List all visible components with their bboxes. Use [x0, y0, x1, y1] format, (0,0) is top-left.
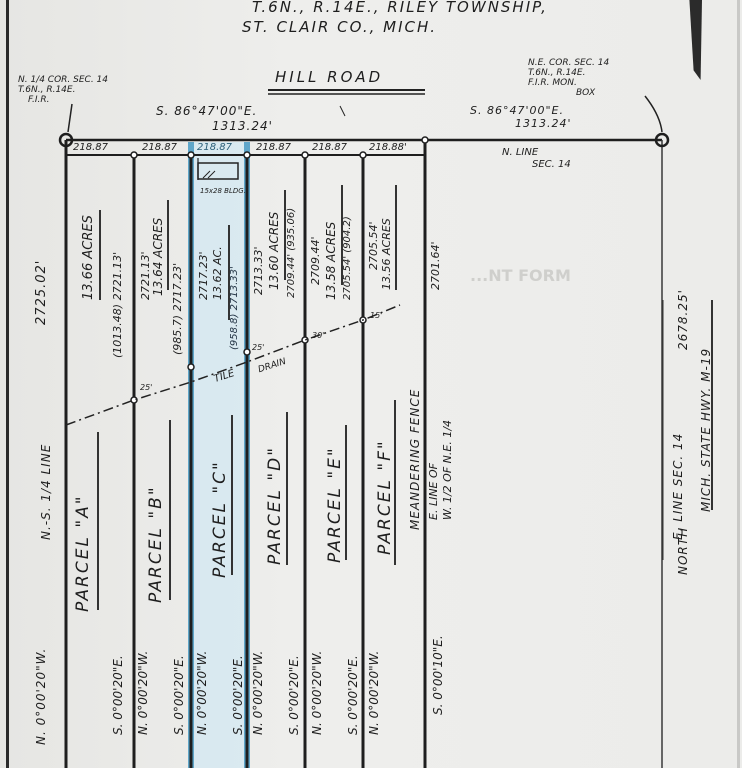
parcel-d-east-length: 2709.44' (935.06)	[287, 208, 297, 298]
frontage-b: 218.87	[142, 143, 177, 153]
north-line-bearing-right: S. 86°47'00"E.	[470, 105, 564, 116]
ne-corner-line-3: F.I.R. MON.	[528, 78, 609, 88]
parcel-d-west-bearing: N. 0°00'20"W.	[252, 651, 264, 735]
parcel-c-acres: 13.62 AC.	[212, 246, 223, 300]
building-label: 15x28 BLDG.	[200, 188, 246, 195]
left-boundary-length: 2725.02'	[35, 260, 48, 325]
parcel-a-east-length: (1013.48) 2721.13'	[112, 252, 123, 358]
nw-corner-line-3: F.I.R.	[18, 95, 108, 105]
state-highway-label: MICH. STATE HWY. M-19	[700, 348, 712, 512]
frontage-e: 218.87	[312, 143, 347, 153]
drain-offset-1: 25'	[140, 384, 152, 392]
north-line-label-sec: SEC. 14	[532, 160, 571, 170]
drain-offset-3: 30'	[312, 332, 324, 340]
parcel-a-name: PARCEL "A"	[75, 494, 92, 612]
north-line-distance-left: 1313.24'	[212, 120, 273, 132]
parcel-d-name: PARCEL "D"	[267, 446, 284, 565]
nw-corner-note: N. 1/4 COR. SEC. 14 T.6N., R.14E. F.I.R.	[18, 75, 108, 105]
meandering-fence-label: MEANDERING FENCE	[409, 389, 421, 530]
parcel-c-name: PARCEL "C"	[212, 460, 229, 578]
parcel-c-east-length: (958.8) 2713.33'	[230, 266, 240, 350]
parcel-f-name: PARCEL "F"	[377, 439, 394, 555]
drain-offset-2: 25'	[252, 344, 264, 352]
frontage-d: 218.87	[256, 143, 291, 153]
parcel-c-east-bearing: S. 0°00'20"E.	[232, 655, 244, 735]
frontage-a: 218.87	[73, 143, 108, 153]
parcel-a-east-bearing: S. 0°00'20"E.	[112, 655, 124, 735]
parcel-c-west-bearing: N. 0°00'20"W.	[196, 651, 208, 735]
north-line-distance-right: 1313.24'	[515, 118, 572, 129]
parcel-a-acres: 13.66 ACRES	[82, 215, 95, 300]
parcel-d-west-length: 2713.33'	[253, 246, 264, 295]
parcel-d-east-bearing: S. 0°00'20"E.	[288, 655, 300, 735]
parcel-f-acres: 13.56 ACRES	[381, 218, 392, 290]
parcel-e-east-bearing: S. 0°00'20"E.	[347, 655, 359, 735]
parcel-b-east-length: (985.7) 2717.23'	[172, 263, 183, 355]
parcel-e-west-length: 2709.44'	[310, 236, 321, 285]
road-label: HILL ROAD	[275, 70, 383, 85]
nw-corner-line-1: N. 1/4 COR. SEC. 14	[18, 75, 108, 85]
left-boundary-bearing: N. 0°00'20"W.	[35, 648, 47, 745]
ghost-form-text: ...NT FORM	[470, 268, 571, 284]
ne-corner-line-4: BOX	[528, 88, 609, 98]
frontage-f: 218.88'	[369, 143, 407, 153]
left-boundary-label: N.-S. 1/4 LINE	[40, 444, 52, 540]
drain-offset-4: 15'	[370, 312, 382, 320]
parcel-b-name: PARCEL "B"	[148, 485, 165, 603]
frontage-c: 218.87	[197, 143, 232, 153]
nw-corner-line-2: T.6N., R.14E.	[18, 85, 108, 95]
parcel-c-west-length: 2717.23'	[198, 251, 209, 300]
east-line-label-2: W. 1/2 OF N.E. 1/4	[442, 420, 453, 520]
north-line-bearing-left: S. 86°47'00"E.	[156, 105, 257, 117]
survey-drawing: T.6N., R.14E., RILEY TOWNSHIP, ST. CLAIR…	[0, 0, 742, 768]
north-line-label: N. LINE	[502, 148, 538, 158]
parcel-b-east-bearing: S. 0°00'20"E.	[173, 655, 185, 735]
east-section-direction: NORTH	[677, 527, 689, 575]
parcel-b-west-length: 2721.13'	[140, 251, 151, 300]
ne-corner-note: N.E. COR. SEC. 14 T.6N., R.14E. F.I.R. M…	[528, 58, 609, 98]
east-line-length: 2701.64'	[430, 241, 441, 290]
east-section-line-label: E. LINE SEC. 14	[672, 433, 684, 540]
parcel-e-name: PARCEL "E"	[327, 446, 344, 563]
parcel-b-acres: 13.64 ACRES	[152, 218, 164, 296]
east-section-length: 2678.25'	[677, 289, 689, 350]
parcel-e-acres: 13.58 ACRES	[325, 222, 337, 300]
title-line-2: ST. CLAIR CO., MICH.	[242, 20, 437, 35]
east-line-bearing: S. 0°00'10"E.	[432, 635, 444, 715]
parcel-e-east-length: 2705.54' (904.2)	[343, 216, 353, 300]
parcel-b-west-bearing: N. 0°00'20"W.	[137, 651, 149, 735]
parcel-e-west-bearing: N. 0°00'20"W.	[311, 651, 323, 735]
east-line-label-1: E. LINE OF	[428, 463, 439, 520]
parcel-d-acres: 13.60 ACRES	[268, 212, 280, 290]
parcel-f-west-length: 2705.54'	[368, 221, 379, 270]
ne-corner-line-2: T.6N., R.14E.	[528, 68, 609, 78]
parcel-f-west-bearing: N. 0°00'20"W.	[368, 651, 380, 735]
title-line-1: T.6N., R.14E., RILEY TOWNSHIP,	[252, 0, 548, 15]
ne-corner-line-1: N.E. COR. SEC. 14	[528, 58, 609, 68]
